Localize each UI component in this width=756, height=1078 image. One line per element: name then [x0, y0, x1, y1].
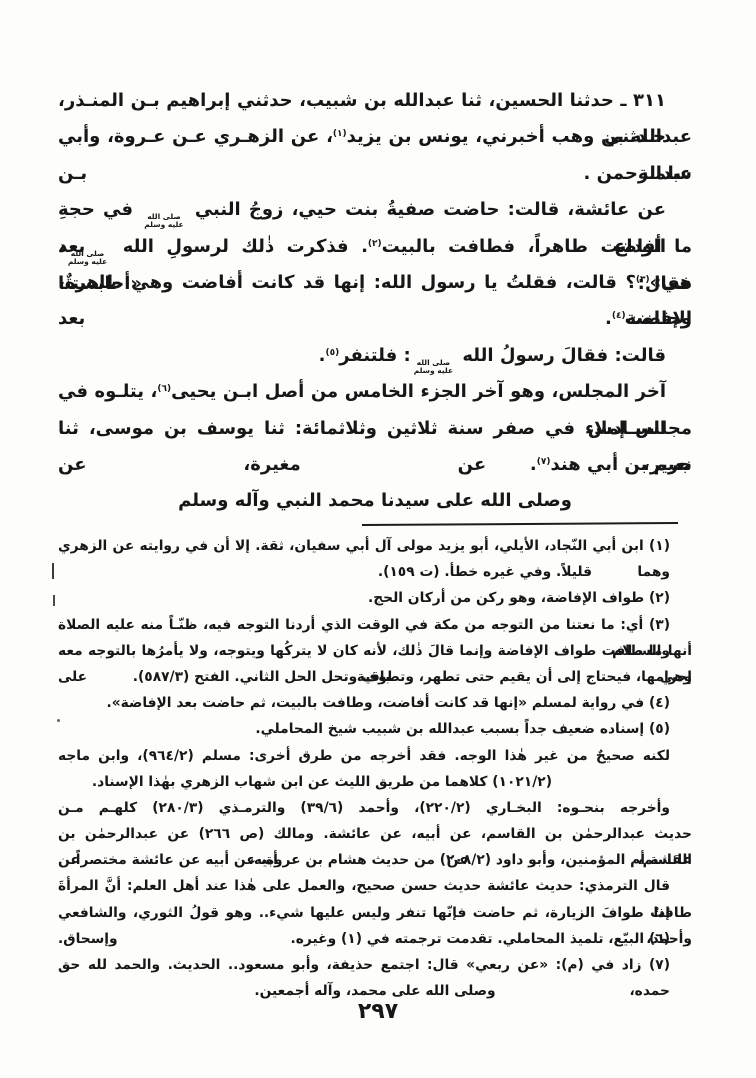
- footnote-ref: (٢): [368, 239, 382, 249]
- footnote-ref: (٣): [636, 275, 650, 285]
- main-text-line: عن عائشة، قالت: حاضت صفيةُ بنت حيي، زوجُ…: [58, 192, 692, 228]
- main-text-line: ما أفاضت طاهراً، فطافت بالبيت(٢). فذكرت …: [58, 229, 692, 265]
- footnote-line: طافتْ طوافَ الزيارة، ثم حاضت فإنّها تنفر…: [58, 900, 692, 926]
- footnote-line: لكنه صحيحٌ من غير هٰذا الوجه. فقد أخرجه …: [58, 743, 692, 769]
- main-text-line: وصلى الله على سيدنا محمد النبي وآله وسلم: [58, 483, 692, 519]
- footnote-ref: (١): [333, 129, 347, 139]
- footnote-line: (٥) إسناده ضعيف جداً بسبب عبدالله بن شبي…: [58, 716, 692, 742]
- main-text: ٣١١ ـ حدثنا الحسين، ثنا عبدالله بن شبيب،…: [58, 83, 692, 520]
- main-text-line: آخر المجلس، وهو آخر الجزء الخامس من أصل …: [58, 374, 692, 410]
- footnote-ref: (٦): [157, 384, 171, 394]
- footnote-line: (١٠٢١/٢) كلاهما من طريق الليث عن ابن شها…: [58, 769, 552, 795]
- page-number: ٢٩٧: [0, 999, 756, 1024]
- footnote-line: (٧) زاد في (م): «عن ربعي» قال: اجتمع حذي…: [58, 952, 692, 978]
- footnotes-block: (١) ابن أبي النّجاد، الأيلي، أبو يزيد مو…: [58, 533, 692, 1004]
- scan-artifact: [52, 563, 54, 579]
- footnote-ref: (٤): [612, 311, 626, 321]
- scan-artifact: [57, 719, 60, 722]
- document-page: ٣١١ ـ حدثنا الحسين، ثنا عبدالله بن شبيب،…: [0, 0, 756, 1078]
- footnote-line: عائشة أم المؤمنين، وأبو داود (٢٠٨/٢) من …: [58, 847, 692, 873]
- main-text-line: عبدالله بن وهب أخبرني، يونس بن يزيد(١)، …: [58, 119, 692, 155]
- footnote-line: (٢) طواف الإفاضة، وهو ركن من أركان الحج.: [58, 585, 692, 611]
- footnote-line: وأخرجه بنحـوه: البخـاري (٢٢٠/٢)، وأحمد (…: [58, 795, 692, 821]
- footnote-line: حديث عبدالرحمٰن بن القاسم، عن أبيه، عن ع…: [58, 821, 692, 847]
- scan-artifact: [53, 595, 55, 606]
- honorific-saw-seal: صلى اللهعليه وسلم: [414, 359, 453, 375]
- honorific-saw-seal: صلى اللهعليه وسلم: [144, 213, 183, 229]
- footnote-line: (٣) أي: ما نعتنا من التوجه من مكة في الو…: [58, 612, 692, 638]
- footnote-separator: [362, 522, 678, 526]
- honorific-saw-seal: صلى اللهعليه وسلم: [68, 250, 107, 266]
- main-text-line: هي»(٣)؟ قالت، فقلتُ يا رسول الله: إنها ق…: [58, 265, 692, 301]
- footnote-line: (٤) في رواية لمسلم «إنها قد كانت أفاضت، …: [58, 690, 692, 716]
- main-text-line: ٣١١ ـ حدثنا الحسين، ثنا عبدالله بن شبيب،…: [58, 83, 692, 119]
- footnote-line: إحرامها، فيحتاج إلى أن يقيم حتى تطهر، وت…: [58, 664, 692, 690]
- footnote-line: قليلاً. وفي غيره خطأ. (ت ١٥٩).: [58, 559, 592, 585]
- footnote-line: (١) ابن أبي النّجاد، الأيلي، أبو يزيد مو…: [58, 533, 692, 559]
- footnote-line: قال الترمذي: حديث عائشة حديث حسن صحيح، و…: [58, 873, 692, 899]
- footnote-line: أنها ما طافت طواف الإفاضة وإنما قالَ ذٰل…: [58, 638, 692, 664]
- main-text-line: مجلس إملاء في صفر سنة ثلاثين وثلاثمائة: …: [58, 411, 692, 447]
- main-text-line: قالت: فقالَ رسولُ الله صلى اللهعليه وسلم…: [58, 338, 692, 374]
- footnote-ref: (٧): [537, 457, 551, 467]
- footnote-ref: (٥): [326, 348, 340, 358]
